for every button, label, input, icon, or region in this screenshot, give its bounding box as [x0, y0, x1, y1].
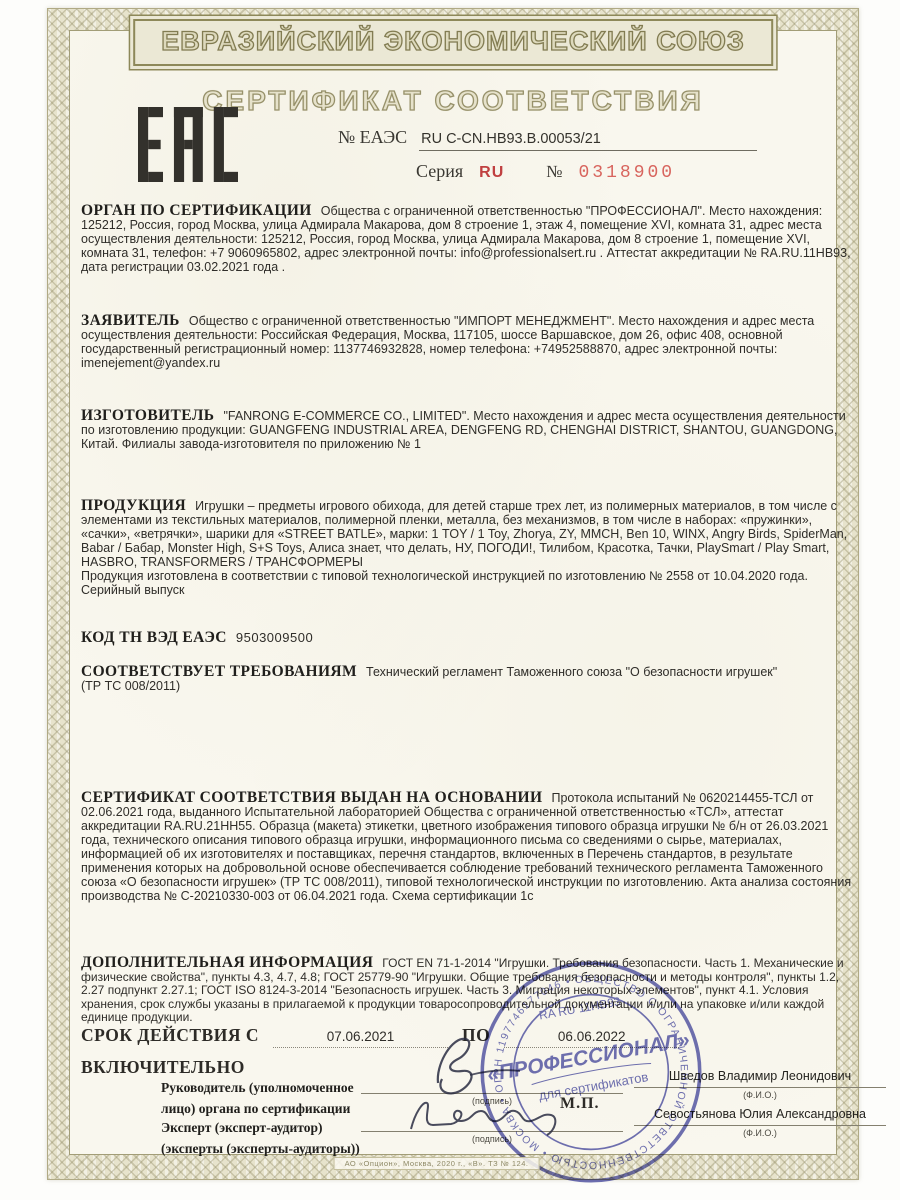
union-banner: ЕВРАЗИЙСКИЙ ЭКОНОМИЧЕСКИЙ СОЮЗ	[133, 19, 773, 66]
validity-label: СРОК ДЕЙСТВИЯ С	[81, 1025, 259, 1046]
section-label: ПРОДУКЦИЯ	[81, 497, 186, 514]
serial-hash: №	[546, 162, 562, 182]
section-label: ОРГАН ПО СЕРТИФИКАЦИИ	[81, 202, 312, 219]
section-compliance: СООТВЕТСТВУЕТ ТРЕБОВАНИЯМТехнический рег…	[81, 665, 853, 693]
certificate-sheet: ЕВРАЗИЙСКИЙ ЭКОНОМИЧЕСКИЙ СОЮЗ СЕРТИФИКА…	[47, 8, 859, 1180]
series-label: Серия	[416, 161, 463, 182]
printer-imprint: АО «Опцион», Москва, 2020 г., «В». ТЗ № …	[334, 1157, 540, 1170]
section-label: СЕРТИФИКАТ СООТВЕТСТВИЯ ВЫДАН НА ОСНОВАН…	[81, 789, 542, 806]
number-label: № ЕАЭС	[338, 127, 407, 148]
section-issued-basis: СЕРТИФИКАТ СООТВЕТСТВИЯ ВЫДАН НА ОСНОВАН…	[81, 791, 853, 903]
section-text: Протокола испытаний № 0620214455-ТСЛ от …	[81, 791, 851, 903]
union-name: ЕВРАЗИЙСКИЙ ЭКОНОМИЧЕСКИЙ СОЮЗ	[161, 26, 745, 56]
section-products: ПРОДУКЦИЯИгрушки – предметы игрового оби…	[81, 499, 853, 597]
section-label: ЗАЯВИТЕЛЬ	[81, 312, 180, 329]
section-manufacturer: ИЗГОТОВИТЕЛЬ"FANRONG E-COMMERCE CO., LIM…	[81, 409, 853, 451]
stamp-org-name: «ПРОФЕССИОНАЛ»	[486, 1028, 692, 1086]
section-text: Общество с ограниченной ответственностью…	[81, 314, 814, 370]
section-tnved-code: КОД ТН ВЭД ЕАЭС9503009500	[81, 631, 853, 645]
eac-logo-icon	[138, 102, 238, 187]
serial-number: 0318900	[578, 163, 675, 183]
section-label: КОД ТН ВЭД ЕАЭС	[81, 629, 227, 646]
section-label: ДОПОЛНИТЕЛЬНАЯ ИНФОРМАЦИЯ	[81, 954, 373, 971]
section-text: Игрушки – предметы игрового обихода, для…	[81, 499, 847, 597]
section-label: СООТВЕТСТВУЕТ ТРЕБОВАНИЯМ	[81, 663, 357, 680]
certificate-number-row: № ЕАЭС RU C-CN.HB93.B.00053/21	[338, 127, 757, 151]
section-label: ИЗГОТОВИТЕЛЬ	[81, 407, 214, 424]
validity-inclusive-label: ВКЛЮЧИТЕЛЬНО	[81, 1057, 245, 1078]
series-row: Серия RU № 0318900	[416, 161, 675, 183]
section-text: 9503009500	[236, 630, 313, 645]
series-value: RU	[479, 164, 504, 182]
stamp-accreditation: RA RU 11HB93	[538, 994, 622, 1022]
document-page: { "colors": { "border_olive": "#8d8859",…	[0, 0, 900, 1200]
section-certification-body: ОРГАН ПО СЕРТИФИКАЦИИОбщества с ограниче…	[81, 204, 853, 274]
validity-date-from: 07.06.2021	[273, 1029, 448, 1048]
section-applicant: ЗАЯВИТЕЛЬОбщество с ограниченной ответст…	[81, 314, 853, 370]
number-value: RU C-CN.HB93.B.00053/21	[419, 131, 757, 151]
